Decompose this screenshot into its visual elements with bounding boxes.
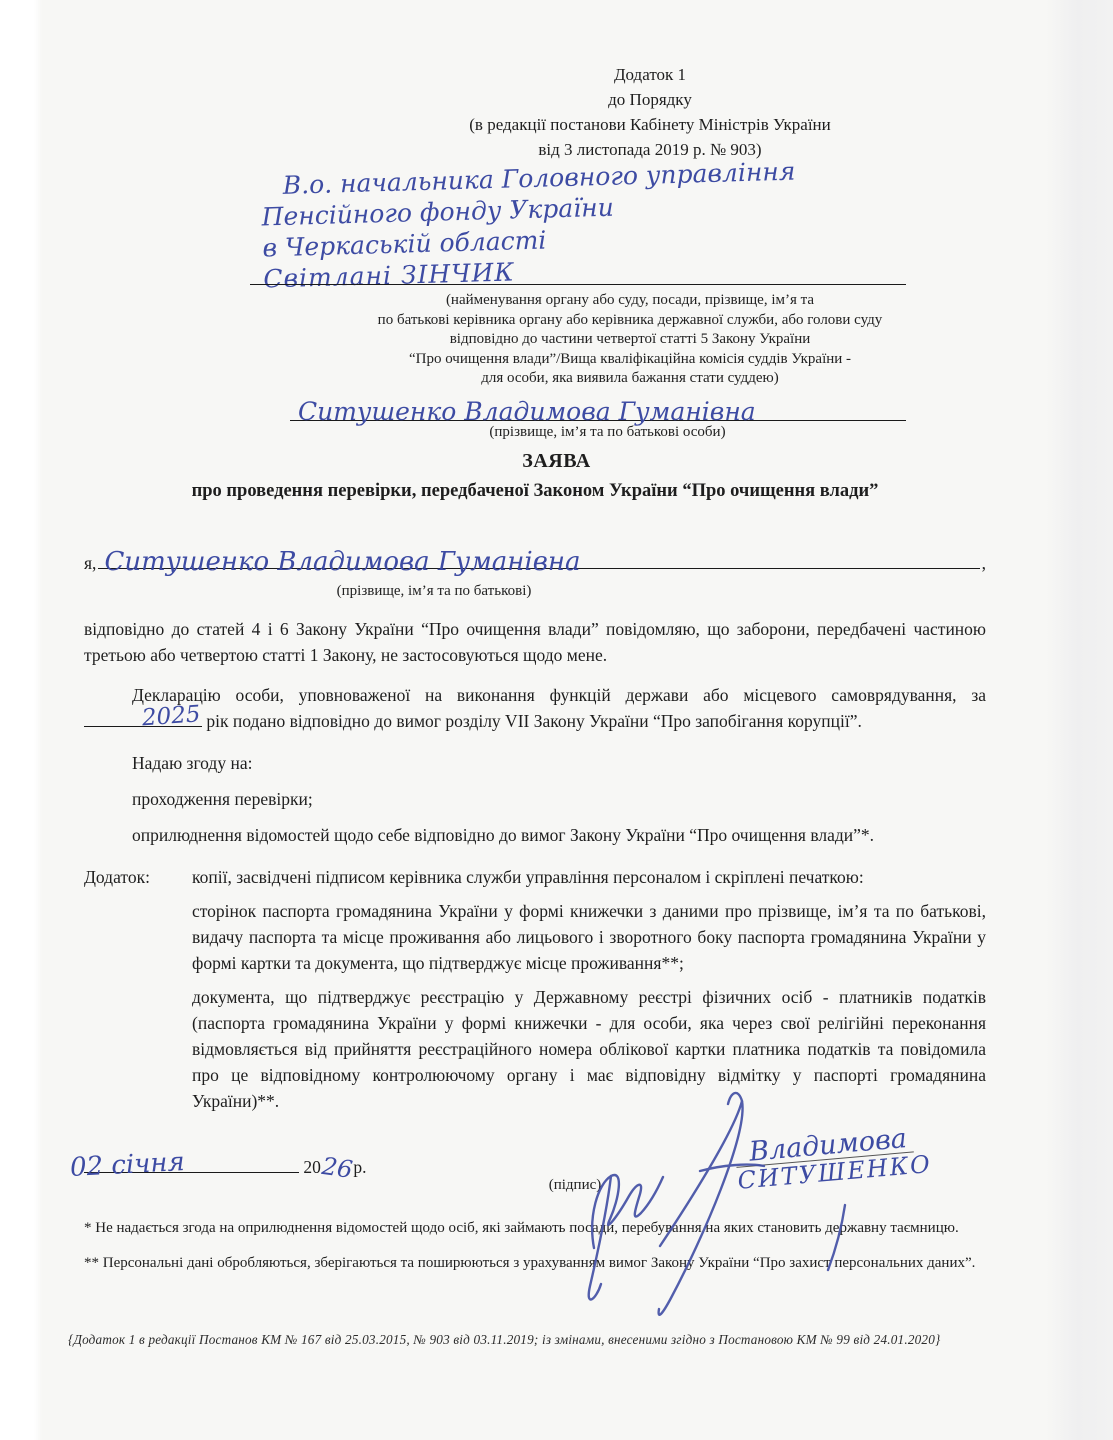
handwritten-declarant-name: Ситушенко Владимова Гуманівна [104, 549, 580, 575]
caption-line: (найменування органу або суду, посади, п… [300, 291, 960, 311]
declaration-text-before: Декларацію особи, уповноваженої на викон… [132, 685, 986, 705]
date-line: 02 січня 2026р. [84, 1152, 414, 1180]
declaration-year-underline: 2025 [84, 710, 202, 727]
footnote-1: * Не надається згода на оприлюднення від… [84, 1217, 986, 1240]
consent-item-2: оприлюднення відомостей щодо себе відпов… [84, 822, 986, 848]
handwritten-person-name: Ситушенко Владимова Гуманівна [298, 397, 756, 426]
date-underline: 02 січня [84, 1154, 299, 1173]
header-line: від 3 листопада 2019 р. № 903) [330, 137, 970, 162]
date-signature-row: 02 січня 2026р. (підпис) Владимова СИТУШ… [84, 1152, 986, 1205]
footnote-2: ** Персональні дані обробляються, зберіг… [84, 1252, 986, 1275]
year-prefix: 20 [303, 1157, 321, 1177]
header-line: Додаток 1 [330, 62, 970, 87]
handwritten-year: 2025 [93, 701, 201, 734]
document-title: ЗАЯВА [0, 450, 1113, 473]
annex-items: копії, засвідчені підписом керівника слу… [192, 864, 986, 1122]
annex-item: сторінок паспорта громадянина України у … [192, 898, 986, 976]
signature-caption: (підпис) [414, 1152, 736, 1196]
declarant-name-caption: (прізвище, ім’я та по батькові) [104, 582, 764, 602]
scanned-document-page: Додаток 1 до Порядку (в редакції постано… [0, 0, 1113, 1440]
document-header: Додаток 1 до Порядку (в редакції постано… [330, 62, 970, 162]
declarant-line: я, Ситушенко Владимова Гуманівна , [84, 542, 986, 576]
annex-section: Додаток: копії, засвідчені підписом кері… [84, 864, 986, 1122]
addressee-underline [250, 284, 906, 285]
revision-note: {Додаток 1 в редакції Постанов КМ № 167 … [68, 1332, 1048, 1348]
caption-line: по батькові керівника органу або керівни… [300, 311, 960, 331]
caption-line: для особи, яка виявила бажання стати суд… [300, 369, 960, 389]
annex-label: Додаток: [84, 864, 192, 1122]
header-line: до Порядку [330, 87, 970, 112]
year-suffix: р. [353, 1157, 366, 1177]
declarant-trailing-comma: , [982, 550, 986, 576]
document-subtitle: про проведення перевірки, передбаченої З… [84, 481, 986, 502]
annex-item: копії, засвідчені підписом керівника слу… [192, 864, 986, 890]
handwritten-date: 02 січня [69, 1149, 185, 1181]
caption-line: відповідно до частини четвертої статті 5… [300, 330, 960, 350]
consent-item-1: проходження перевірки; [84, 786, 986, 812]
handwritten-year-digits: 26 [320, 1153, 354, 1183]
paragraph-declaration: Декларацію особи, уповноваженої на викон… [84, 682, 986, 734]
declaration-text-after: рік подано відповідно до вимог розділу V… [206, 711, 862, 731]
person-name-caption: (прізвище, ім’я та по батькові особи) [300, 423, 915, 443]
annex-item: документа, що підтверджує реєстрацію у Д… [192, 984, 986, 1114]
paragraph-statement: відповідно до статей 4 і 6 Закону Україн… [84, 616, 986, 668]
person-name-underline: Ситушенко Владимова Гуманівна [290, 390, 906, 421]
handwritten-addressee-block: В.о. начальника Головного управління Пен… [260, 156, 798, 295]
declarant-name-underline: Ситушенко Владимова Гуманівна [98, 542, 979, 569]
addressee-caption: (найменування органу або суду, посади, п… [300, 291, 960, 389]
consent-intro: Надаю згоду на: [84, 750, 986, 776]
handwritten-signer-name: Владимова СИТУШЕНКО [734, 1119, 988, 1194]
document-body: я, Ситушенко Владимова Гуманівна , (пріз… [84, 542, 986, 1275]
header-line: (в редакції постанови Кабінету Міністрів… [330, 112, 970, 137]
declarant-prefix: я, [84, 550, 96, 576]
caption-line: “Про очищення влади”/Вища кваліфікаційна… [300, 350, 960, 370]
